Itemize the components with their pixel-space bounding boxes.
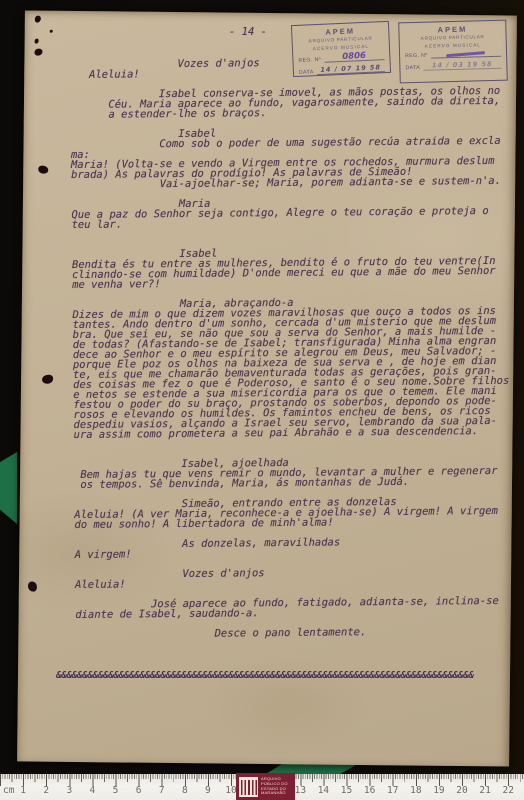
stamp-reg-label: REG. Nº [405, 52, 428, 59]
scanned-document-view: - 14 - Vozes d'anjos Aleluia! Isabel con… [0, 0, 524, 800]
badge-text: ARQUIVO PÚBLICO DO ESTADO DO MARANHÃO [261, 777, 292, 795]
ruler-number: 6 [136, 785, 142, 796]
stamp-date-label: DATA [299, 69, 314, 76]
ruler-number: 18 [410, 785, 421, 796]
stamp-reg-label: REG. Nº [298, 56, 321, 63]
stamp-date-label: DATA [405, 64, 420, 70]
ink-blot [34, 49, 42, 56]
page-number: - 14 - [229, 26, 267, 38]
archive-stamp-1: APEM ARQUIVO PARTICULAR ACERVO MUSICAL R… [291, 21, 391, 77]
ornament-row: &&&&&&&&&&&&&&&&&&&&&&&&&&&&&&&&&&&&&&&&… [56, 670, 480, 682]
building-icon [239, 777, 258, 797]
ink-blot [42, 375, 53, 384]
ruler-number: 1 [20, 785, 26, 796]
ruler-number: 15 [341, 785, 352, 796]
ink-blot [35, 16, 41, 23]
archive-stamp-2: APEM ARQUIVO PARTICULAR ACERVO MUSICAL R… [398, 20, 508, 84]
ruler-number: 14 [318, 785, 329, 796]
stamp-date-value: 14 / 03 19 58 [423, 59, 502, 70]
stamp-reg-value: 0806 [324, 51, 385, 63]
typed-text: Vozes d'anjos Aleluia! Isabel conserva-s… [70, 56, 512, 640]
stamp-reg-scribble [431, 49, 502, 58]
green-mat [0, 452, 17, 524]
ruler-number: 7 [159, 785, 165, 796]
ruler-number: 19 [433, 785, 444, 796]
ruler-number: 16 [364, 785, 375, 796]
ruler-number: 17 [387, 785, 398, 796]
ruler-number: 8 [182, 785, 188, 796]
ink-blot [38, 166, 48, 174]
ruler-number: 5 [113, 785, 119, 796]
ruler-number: 3 [66, 785, 72, 796]
stamp-date-value: 14 / 07 19 58 [316, 63, 385, 75]
ink-blot [28, 582, 37, 592]
ruler-number: 21 [479, 785, 490, 796]
ruler-unit-label: cm [3, 785, 14, 796]
ruler-number: 20 [456, 785, 467, 796]
ruler-number: 4 [90, 785, 96, 796]
stamp-subtitle: ACERVO MUSICAL [400, 41, 506, 49]
ink-blot [35, 39, 39, 44]
ruler-number: 2 [43, 785, 49, 796]
ruler-number: 13 [295, 785, 306, 796]
ink-blot [50, 30, 53, 33]
archive-badge: ARQUIVO PÚBLICO DO ESTADO DO MARANHÃO [236, 773, 295, 800]
ruler-number: 9 [205, 785, 211, 796]
ruler-number: 22 [503, 785, 514, 796]
